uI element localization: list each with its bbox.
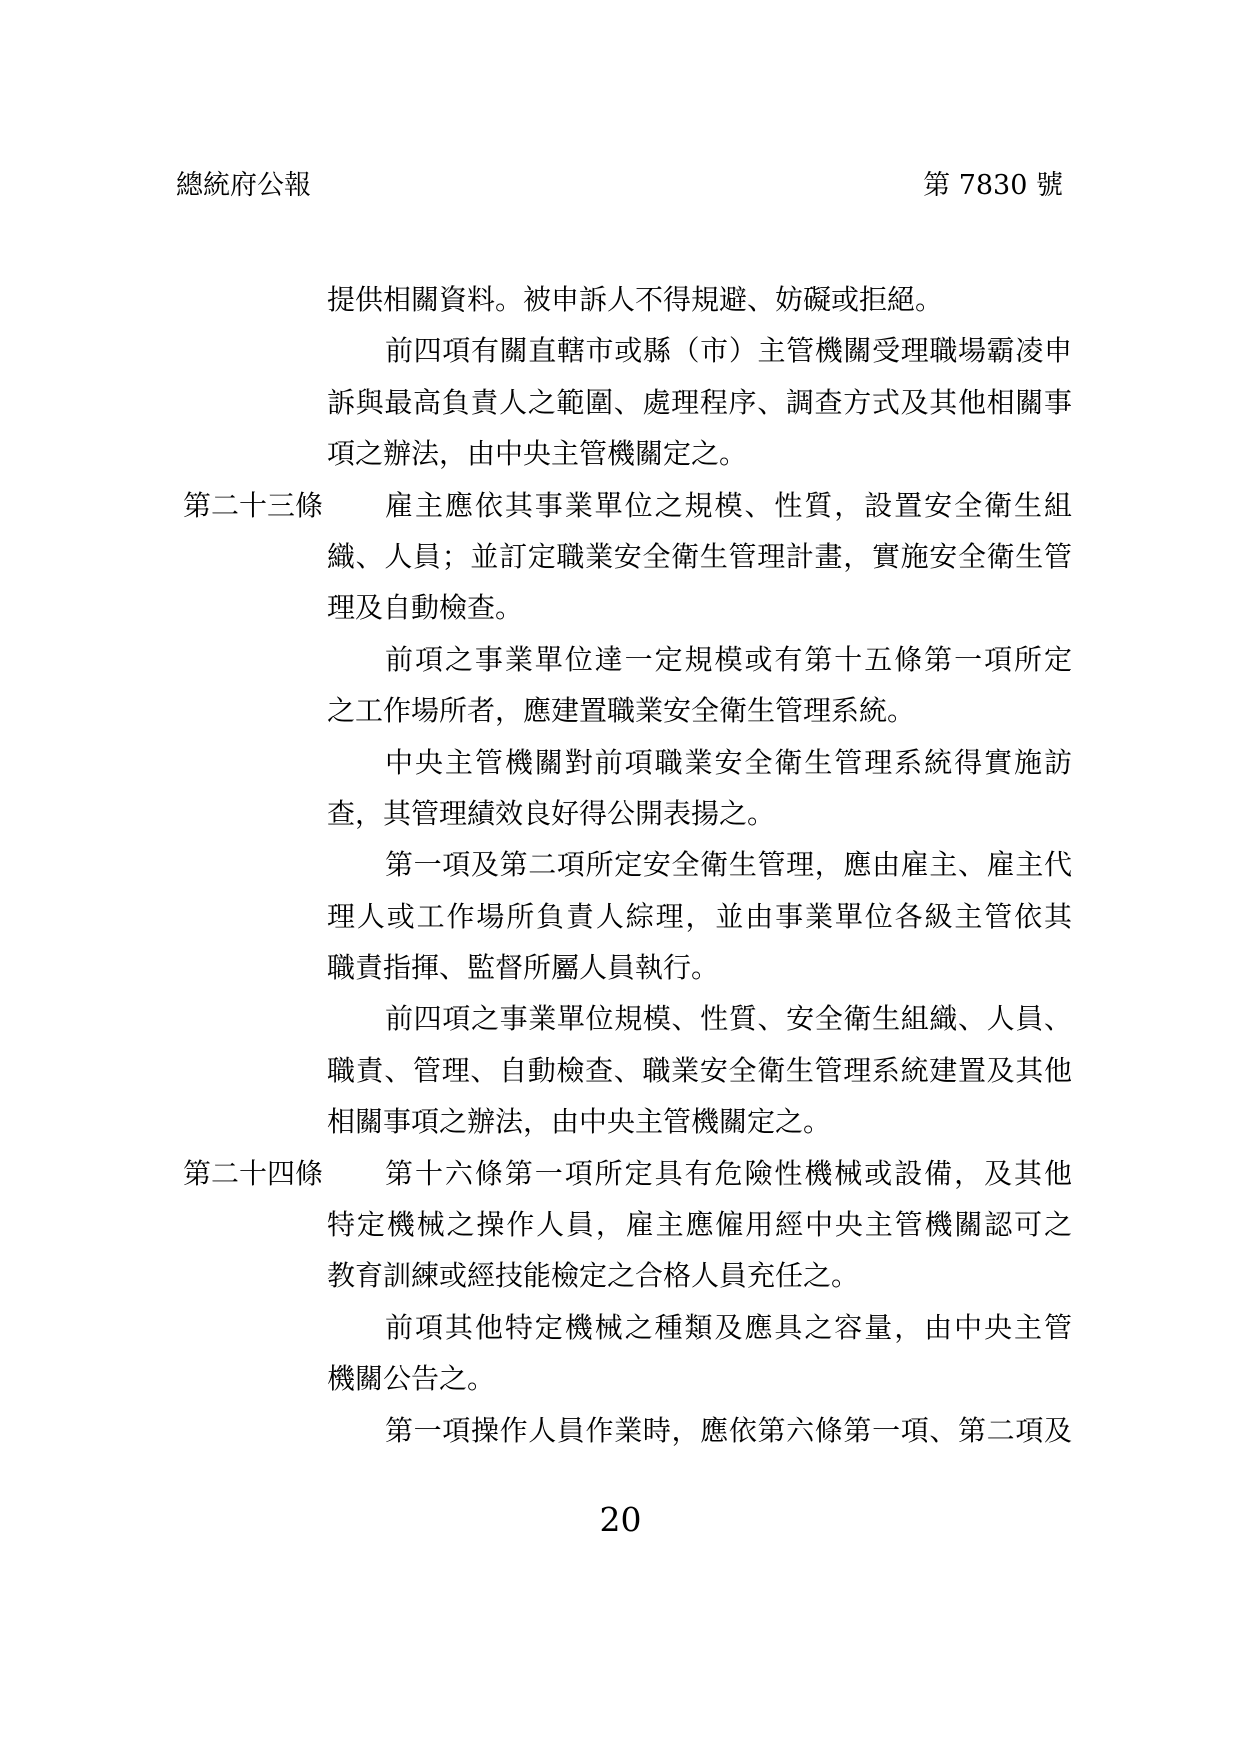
line-text: 查，其管理績效良好得公開表揚之。 [327, 797, 775, 830]
text-line: 訴與最高負責人之範圍、處理程序、調查方式及其他相關事 [0, 377, 1072, 428]
line-text: 前項其他特定機械之種類及應具之容量，由中央主管 [385, 1311, 1072, 1344]
line-text: 機關公告之。 [327, 1362, 495, 1395]
text-line: 前四項有關直轄市或縣（市）主管機關受理職場霸凌申 [0, 325, 1072, 376]
text-line: 織、人員；並訂定職業安全衛生管理計畫，實施安全衛生管 [0, 531, 1072, 582]
text-line: 教育訓練或經技能檢定之合格人員充任之。 [0, 1250, 1072, 1301]
line-text: 織、人員；並訂定職業安全衛生管理計畫，實施安全衛生管 [327, 540, 1072, 573]
text-line: 查，其管理績效良好得公開表揚之。 [0, 788, 1072, 839]
line-text: 特定機械之操作人員，雇主應僱用經中央主管機關認可之 [327, 1208, 1072, 1241]
line-text: 理人或工作場所負責人綜理，並由事業單位各級主管依其 [327, 900, 1072, 933]
page-number: 20 [0, 1500, 1241, 1540]
line-text: 中央主管機關對前項職業安全衛生管理系統得實施訪 [385, 746, 1072, 779]
article-number-label: 第二十四條 [183, 1148, 323, 1199]
header-publication-title: 總統府公報 [176, 166, 311, 206]
text-line: 前四項之事業單位規模、性質、安全衛生組織、人員、 [0, 993, 1072, 1044]
text-line: 之工作場所者，應建置職業安全衛生管理系統。 [0, 685, 1072, 736]
line-text: 前四項有關直轄市或縣（市）主管機關受理職場霸凌申 [385, 334, 1072, 367]
text-line: 理人或工作場所負責人綜理，並由事業單位各級主管依其 [0, 891, 1072, 942]
line-text: 提供相關資料。被申訴人不得規避、妨礙或拒絕。 [327, 283, 943, 316]
line-text: 第一項操作人員作業時，應依第六條第一項、第二項及 [385, 1414, 1072, 1447]
text-line: 前項其他特定機械之種類及應具之容量，由中央主管 [0, 1302, 1072, 1353]
text-line: 特定機械之操作人員，雇主應僱用經中央主管機關認可之 [0, 1199, 1072, 1250]
header-issue-number: 第 7830 號 [923, 166, 1063, 206]
text-line: 前項之事業單位達一定規模或有第十五條第一項所定 [0, 634, 1072, 685]
line-text: 之工作場所者，應建置職業安全衛生管理系統。 [327, 694, 915, 727]
line-text: 職責、管理、自動檢查、職業安全衛生管理系統建置及其他 [327, 1054, 1072, 1087]
line-text: 項之辦法，由中央主管機關定之。 [327, 437, 747, 470]
text-line: 理及自動檢查。 [0, 582, 1072, 633]
article-line: 第二十三條雇主應依其事業單位之規模、性質，設置安全衛生組 [0, 480, 1072, 531]
text-line: 項之辦法，由中央主管機關定之。 [0, 428, 1072, 479]
line-text: 雇主應依其事業單位之規模、性質，設置安全衛生組 [385, 489, 1072, 522]
text-line: 第一項操作人員作業時，應依第六條第一項、第二項及 [0, 1405, 1072, 1456]
page-header: 總統府公報 第 7830 號 [176, 166, 1063, 206]
line-text: 職責指揮、監督所屬人員執行。 [327, 951, 719, 984]
text-line: 職責、管理、自動檢查、職業安全衛生管理系統建置及其他 [0, 1045, 1072, 1096]
text-line: 中央主管機關對前項職業安全衛生管理系統得實施訪 [0, 737, 1072, 788]
line-text: 第一項及第二項所定安全衛生管理，應由雇主、雇主代 [385, 848, 1072, 881]
text-line: 第一項及第二項所定安全衛生管理，應由雇主、雇主代 [0, 839, 1072, 890]
line-text: 相關事項之辦法，由中央主管機關定之。 [327, 1105, 831, 1138]
line-text: 教育訓練或經技能檢定之合格人員充任之。 [327, 1259, 859, 1292]
article-line: 第二十四條第十六條第一項所定具有危險性機械或設備，及其他 [0, 1148, 1072, 1199]
line-text: 第十六條第一項所定具有危險性機械或設備，及其他 [385, 1157, 1072, 1190]
line-text: 理及自動檢查。 [327, 591, 523, 624]
article-number-label: 第二十三條 [183, 480, 323, 531]
line-text: 訴與最高負責人之範圍、處理程序、調查方式及其他相關事 [327, 386, 1072, 419]
gazette-page: 總統府公報 第 7830 號 提供相關資料。被申訴人不得規避、妨礙或拒絕。 前四… [0, 0, 1241, 1754]
line-text: 前四項之事業單位規模、性質、安全衛生組織、人員、 [385, 1002, 1072, 1035]
text-line: 相關事項之辦法，由中央主管機關定之。 [0, 1096, 1072, 1147]
line-text: 前項之事業單位達一定規模或有第十五條第一項所定 [385, 643, 1072, 676]
document-body: 提供相關資料。被申訴人不得規避、妨礙或拒絕。 前四項有關直轄市或縣（市）主管機關… [0, 274, 1241, 1456]
text-line: 職責指揮、監督所屬人員執行。 [0, 942, 1072, 993]
text-line: 機關公告之。 [0, 1353, 1072, 1404]
text-line: 提供相關資料。被申訴人不得規避、妨礙或拒絕。 [0, 274, 1072, 325]
